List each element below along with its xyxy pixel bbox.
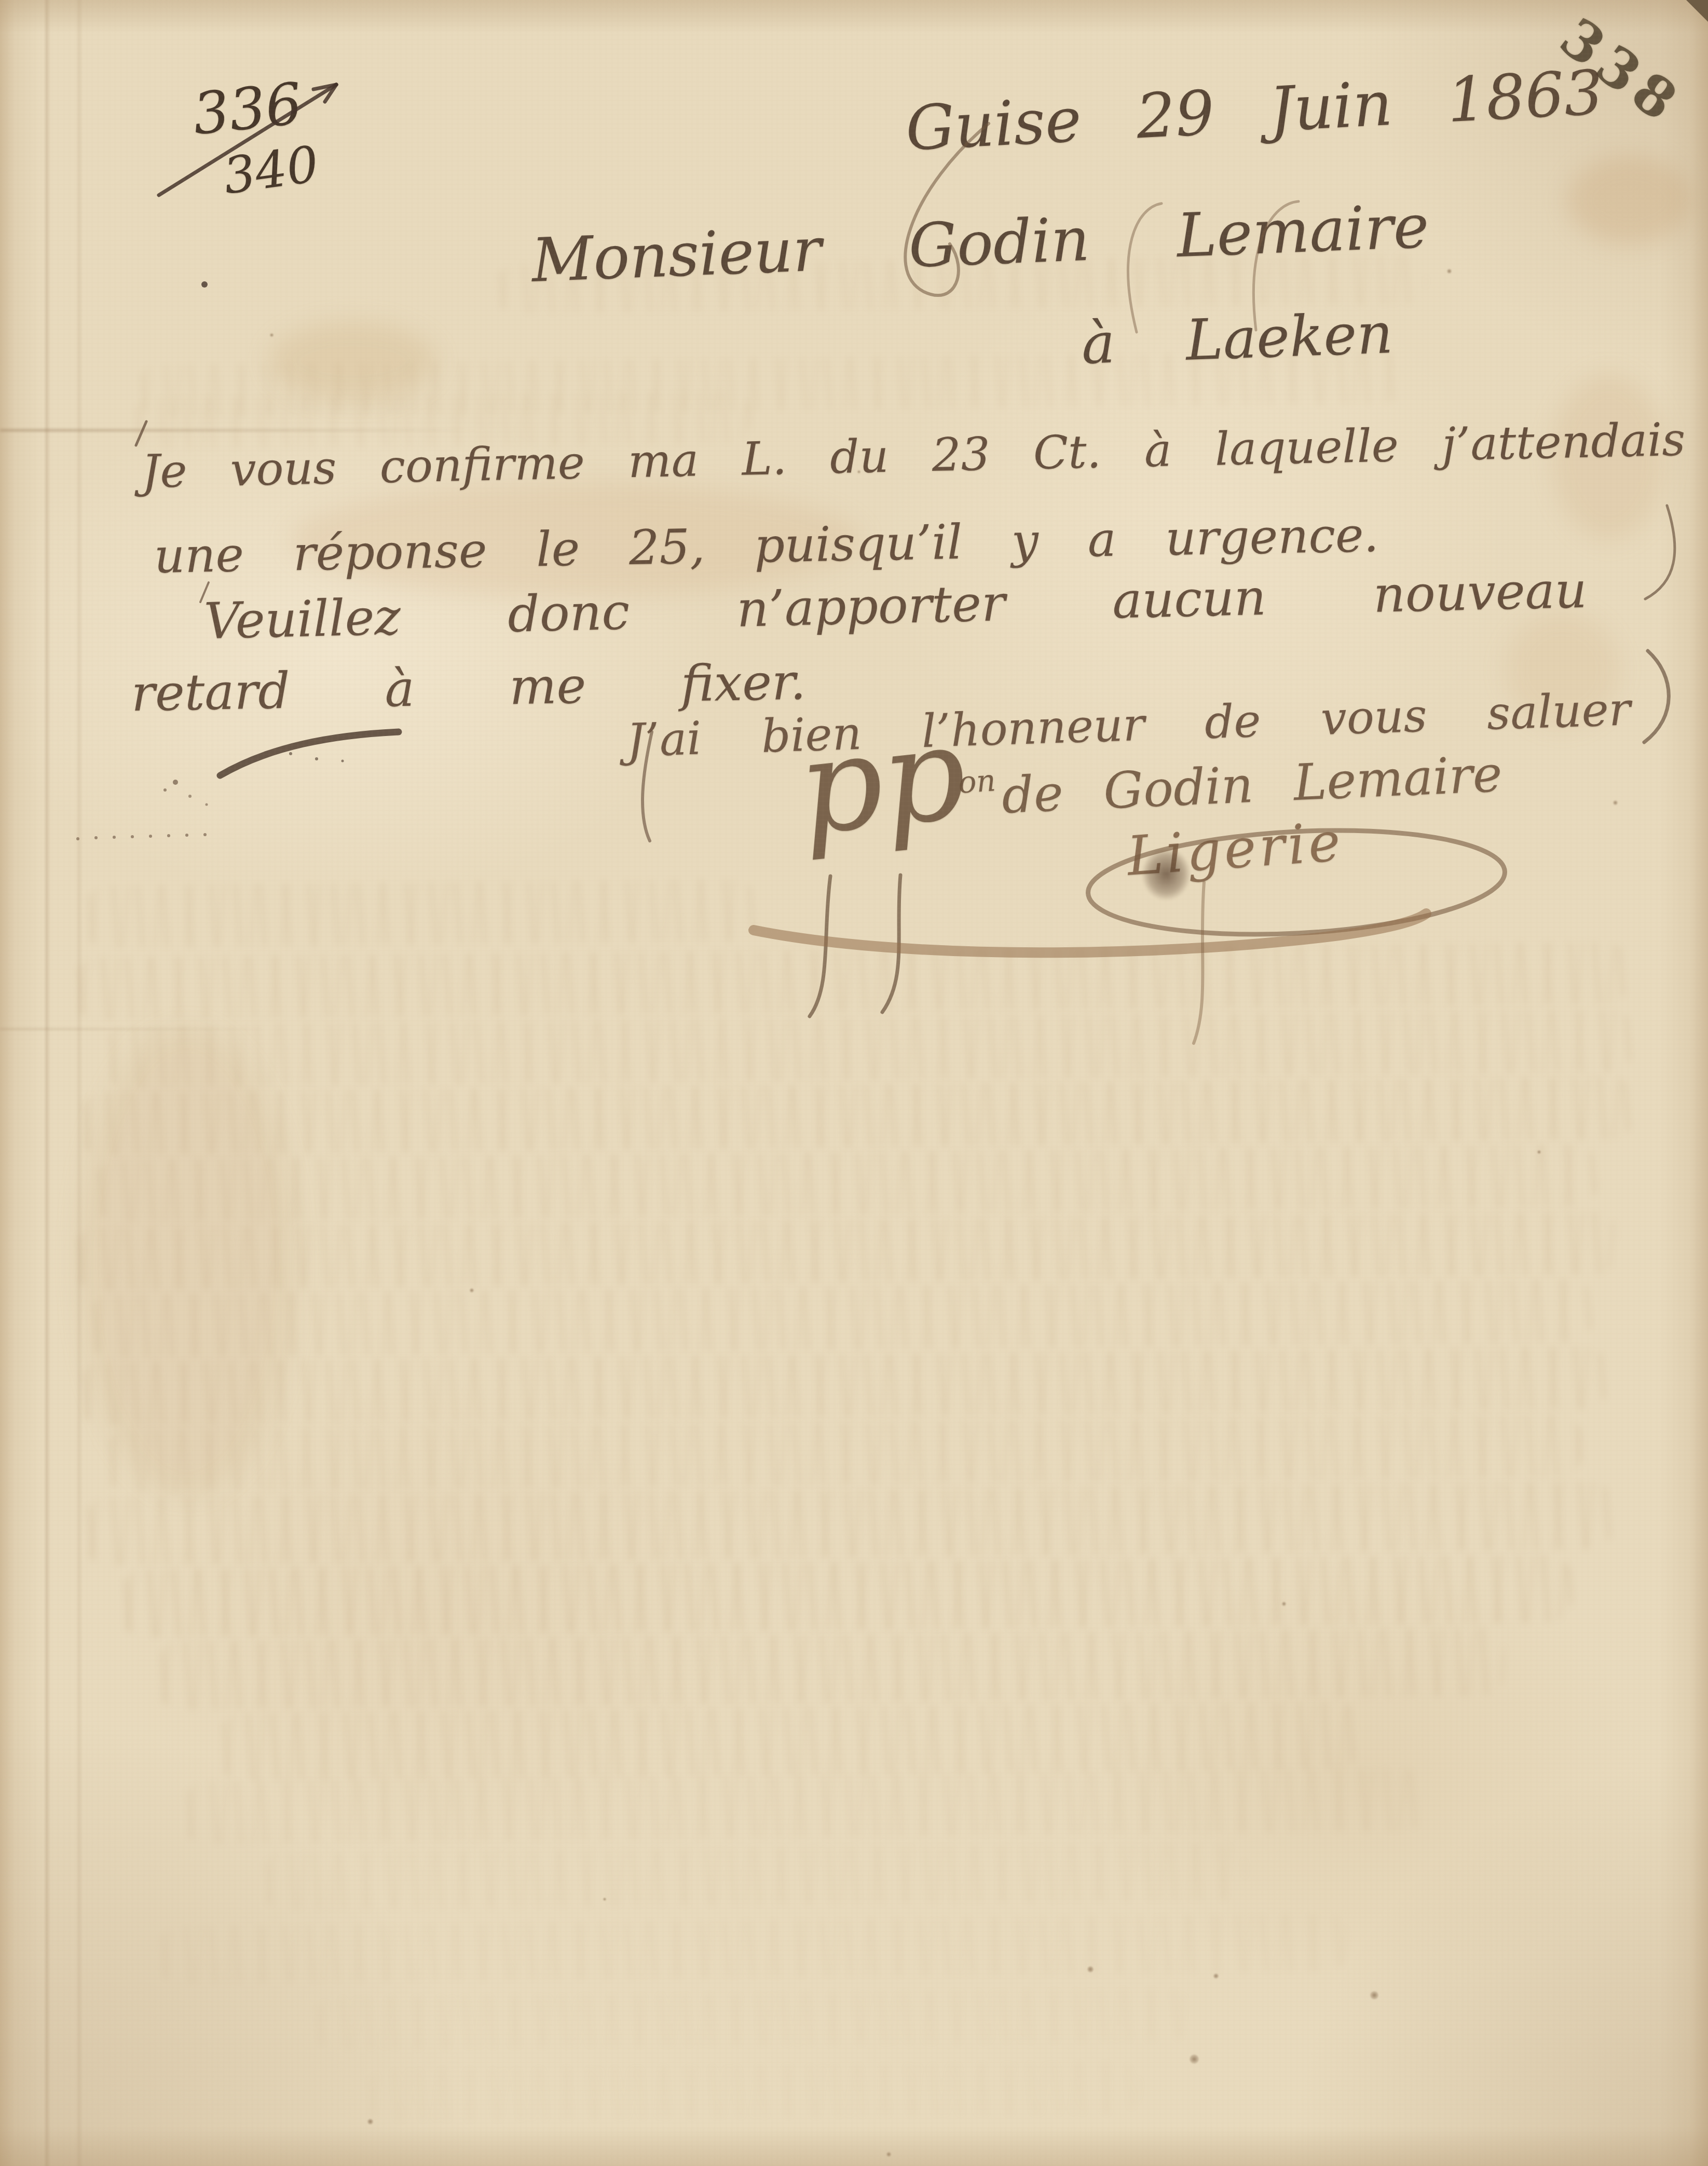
bleed-through-band (103, 1010, 1635, 1088)
stain (1567, 156, 1692, 244)
fox-spot (1282, 1602, 1286, 1606)
bleed-through-band (77, 1077, 1635, 1155)
ink-spatter (188, 795, 192, 798)
fox-spot (1447, 269, 1452, 274)
bleed-through-band (181, 1768, 1427, 1844)
descender-flourish (1645, 506, 1675, 599)
folio-numerator: 336 (190, 72, 305, 146)
fox-spot (603, 1898, 606, 1901)
ink-blot (1135, 840, 1198, 908)
fox-spot (1213, 1973, 1219, 1979)
letter-page: 338 336 340 Guise 29 Juin 1863 Monsieur … (0, 0, 1708, 2166)
bleed-through-band (155, 1914, 1349, 1984)
bleed-through-band (83, 1482, 1614, 1565)
dotted-leader (76, 833, 207, 840)
ink-spatter (173, 780, 178, 785)
bleed-through-band (83, 879, 758, 948)
underline-dash (220, 732, 399, 775)
bleed-through-band (103, 1414, 1583, 1492)
signature-procuration-superscript: on (957, 764, 997, 800)
bleed-through-band (259, 1843, 1246, 1910)
horizontal-crease (0, 1028, 270, 1030)
bleed-through-band (155, 1628, 1505, 1709)
bleed-through-band (311, 1988, 1194, 2050)
paper-corner-fold (1686, 0, 1708, 22)
fox-spot (270, 333, 274, 337)
signature-company: de Godin Lemaire (1001, 746, 1504, 824)
fox-spot (1190, 2054, 1199, 2064)
recipient-place: à Laeken (1081, 303, 1394, 376)
ink-drip (315, 757, 318, 760)
bleed-through-band (93, 1145, 1598, 1222)
fox-spot (1370, 1991, 1378, 1999)
bleed-through-band (77, 1347, 1609, 1425)
bleed-through-band (72, 1211, 1619, 1290)
ink-spatter (163, 788, 167, 792)
fox-spot (1537, 1150, 1541, 1154)
horizontal-crease (0, 429, 477, 432)
bleed-through-band (119, 1555, 1573, 1637)
bleed-through-band (363, 2062, 1142, 2122)
bleed-through-band (88, 1279, 1593, 1357)
ink-drip (341, 760, 344, 762)
fox-spot (1613, 800, 1618, 805)
fox-spot (1087, 1966, 1094, 1972)
ink-drip (289, 752, 292, 755)
ink-spatter (206, 803, 208, 806)
urgence-flourish (1644, 651, 1669, 742)
dateline: Guise 29 Juin 1863 (904, 58, 1605, 163)
fox-spot (886, 2152, 891, 2157)
signature-procuration-monogram: pp (793, 707, 972, 854)
fox-spot (367, 2119, 373, 2124)
bleed-through-band (217, 1701, 1360, 1781)
bleed-through-band (72, 942, 1630, 1020)
folio-denominator: 340 (220, 136, 322, 205)
fox-spot (470, 1288, 474, 1292)
folio-dot (201, 281, 208, 288)
